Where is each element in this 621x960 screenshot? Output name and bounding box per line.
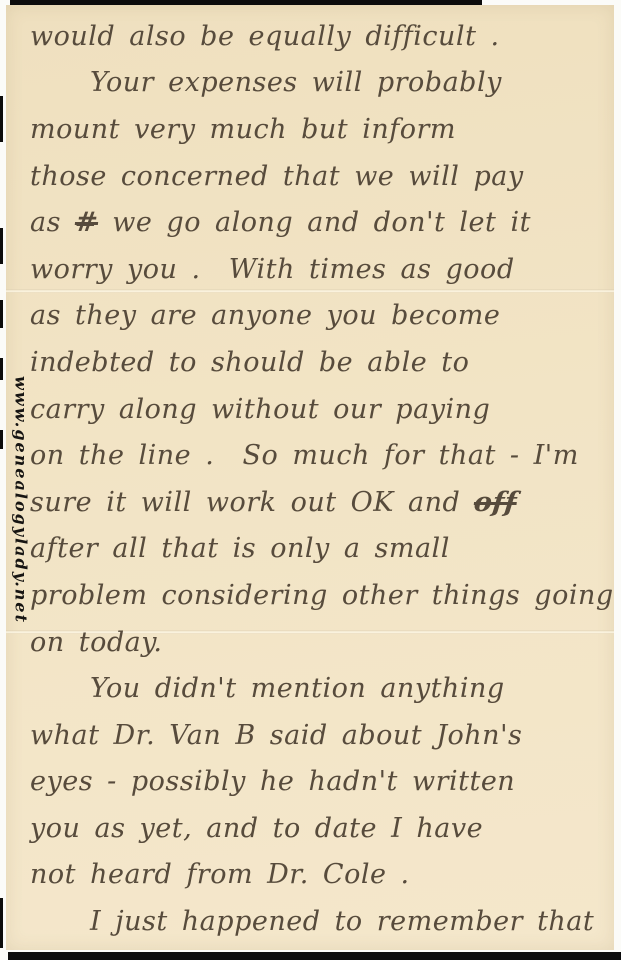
letter-line: after all that is only a small xyxy=(30,526,602,573)
letter-text-segment: problem considering other things going xyxy=(30,580,614,611)
letter-line: as they are anyone you become xyxy=(30,293,602,340)
letter-line: problem considering other things going xyxy=(30,572,602,619)
letter-line: what Dr. Van B said about John's xyxy=(30,712,602,759)
letter-line: those concerned that we will pay xyxy=(30,153,602,200)
letter-text-segment: on the line . So much for that - I'm xyxy=(30,440,579,471)
letter-text-segment: as they are anyone you become xyxy=(30,300,500,331)
letter-text-segment: mount very much but inform xyxy=(30,114,456,145)
scanned-letter-page: www.genealogylady.net would also be equa… xyxy=(0,0,621,960)
scan-edge-artifact xyxy=(0,228,3,264)
scan-edge-artifact xyxy=(0,358,3,380)
letter-text-segment: worry you . With times as good xyxy=(30,254,515,285)
letter-line: not heard from Dr. Cole . xyxy=(30,852,602,899)
letter-text-segment: those concerned that we will pay xyxy=(30,161,524,192)
letter-line: on the line . So much for that - I'm xyxy=(30,432,602,479)
letter-text-segment: You didn't mention anything xyxy=(90,673,505,704)
letter-line: would also be equally difficult . xyxy=(30,13,602,60)
scan-edge-artifact xyxy=(0,96,3,142)
struck-out-word: off xyxy=(473,487,519,518)
letter-body: would also be equally difficult .Your ex… xyxy=(30,13,602,945)
letter-text-segment: we go along and don't let it xyxy=(98,207,531,238)
letter-text-segment: indebted to should be able to xyxy=(30,347,469,378)
letter-text-segment: as xyxy=(30,207,75,238)
scan-edge-bottom xyxy=(8,952,621,960)
letter-text-segment: what Dr. Van B said about John's xyxy=(30,720,522,751)
letter-line: Your expenses will probably xyxy=(30,60,602,107)
letter-line: worry you . With times as good xyxy=(30,246,602,293)
letter-line: as # we go along and don't let it xyxy=(30,199,602,246)
letter-line: sure it will work out OK and off xyxy=(30,479,602,526)
letter-line: indebted to should be able to xyxy=(30,339,602,386)
struck-out-word: # xyxy=(73,207,99,238)
scan-edge-artifact xyxy=(0,300,3,328)
letter-paper: www.genealogylady.net would also be equa… xyxy=(6,5,614,950)
letter-text-segment: would also be equally difficult . xyxy=(30,21,500,52)
letter-text-segment: on today. xyxy=(30,627,162,658)
letter-line: carry along without our paying xyxy=(30,386,602,433)
letter-line: I just happened to remember that xyxy=(30,898,602,945)
letter-text-segment: I just happened to remember that xyxy=(90,906,594,937)
letter-text-segment: after all that is only a small xyxy=(30,533,450,564)
letter-line: You didn't mention anything xyxy=(30,665,602,712)
letter-line: eyes - possibly he hadn't written xyxy=(30,759,602,806)
letter-text-segment: carry along without our paying xyxy=(30,394,490,425)
letter-text-segment: you as yet, and to date I have xyxy=(30,813,483,844)
scan-edge-artifact xyxy=(0,430,3,449)
letter-line: on today. xyxy=(30,619,602,666)
letter-text-segment: not heard from Dr. Cole . xyxy=(30,859,410,890)
letter-text-segment: sure it will work out OK and xyxy=(30,487,474,518)
letter-text-segment: Your expenses will probably xyxy=(90,67,502,98)
watermark-url-text: www.genealogylady.net xyxy=(12,376,31,624)
scan-edge-artifact xyxy=(0,898,3,948)
letter-line: mount very much but inform xyxy=(30,106,602,153)
letter-text-segment: eyes - possibly he hadn't written xyxy=(30,766,515,797)
letter-line: you as yet, and to date I have xyxy=(30,805,602,852)
